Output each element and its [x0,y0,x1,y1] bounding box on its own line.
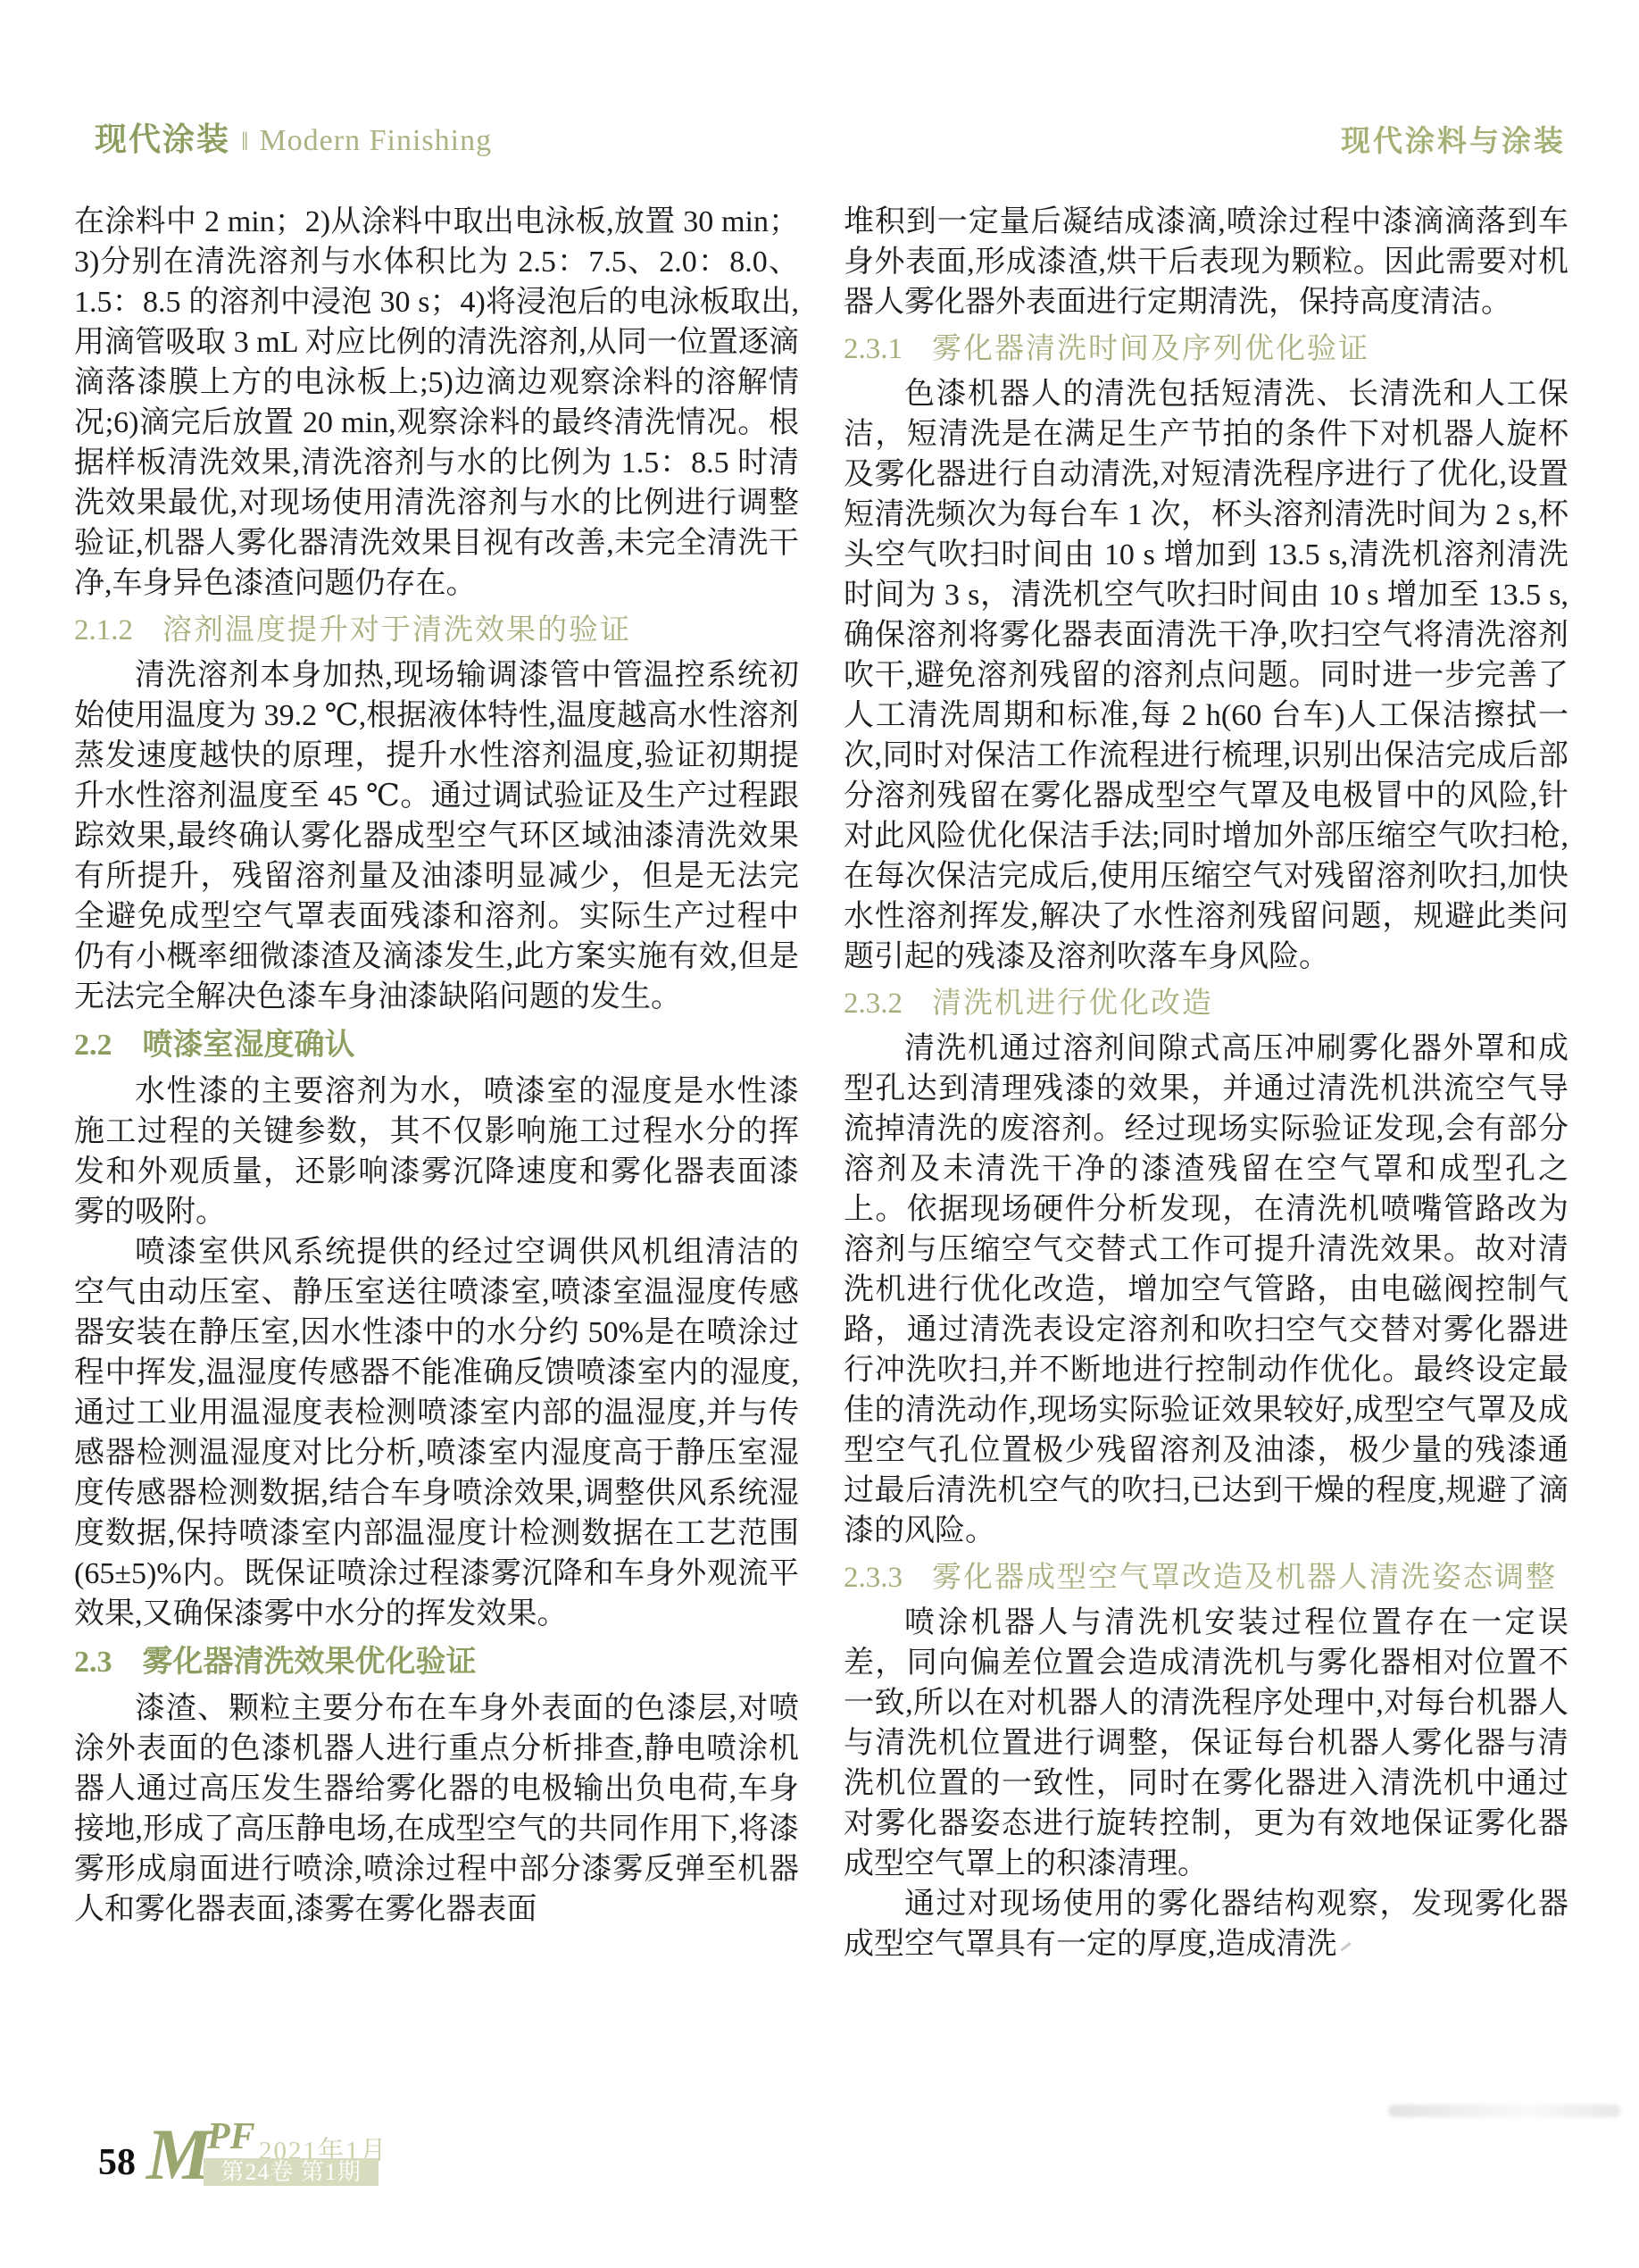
section-heading: 2.3.3雾化器成型空气罩改造及机器人清洗姿态调整 [844,1555,1568,1600]
section-number: 2.3.3 [844,1562,903,1594]
section-heading: 2.2喷漆室湿度确认 [74,1021,799,1069]
section-title: 雾化器成型空气罩改造及机器人清洗姿态调整 [932,1562,1557,1594]
section-title: 雾化器清洗时间及序列优化验证 [932,333,1369,365]
section-title: 溶剂温度提升对于清洗效果的验证 [162,614,631,646]
section-title: 喷漆室湿度确认 [143,1028,355,1062]
paragraph: 在涂料中 2 min；2)从涂料中取出电泳板,放置 30 min；3)分别在清洗… [74,202,799,604]
section-title: 清洗机进行优化改造 [932,988,1213,1020]
masthead-separator: ‖ [241,127,248,157]
mpf-logo-pf: PF [207,2118,255,2155]
section-title: 雾化器清洗效果优化验证 [143,1645,477,1679]
paragraph: 喷漆室供风系统提供的经过空调供风机组清洁的空气由动压室、静压室送往喷漆室,喷漆室… [74,1232,799,1634]
section-running-title: 现代涂料与涂装 [1341,118,1566,160]
section-number: 2.1.2 [74,614,133,646]
section-number: 2.2 [74,1029,112,1062]
section-heading: 2.1.2溶剂温度提升对于清洗效果的验证 [74,608,799,653]
journal-title-en: Modern Finishing [259,124,492,158]
column-left: 在涂料中 2 min；2)从涂料中取出电泳板,放置 30 min；3)分别在清洗… [74,202,799,1964]
section-number: 2.3 [74,1646,112,1679]
section-heading: 2.3.1雾化器清洗时间及序列优化验证 [844,327,1568,371]
volume-issue: 第24卷 第1期 [204,2158,379,2186]
journal-title-zh: 现代涂装 [95,114,230,160]
page-number: 58 [98,2141,136,2184]
page-header: 现代涂装 ‖ Modern Finishing 现代涂料与涂装 [95,114,1566,160]
paragraph: 堆积到一定量后凝结成漆滴,喷涂过程中漆滴滴落到车身外表面,形成漆渣,烘干后表现为… [844,202,1568,322]
paragraph: 色漆机器人的清洗包括短清洗、长清洗和人工保洁，短清洗是在满足生产节拍的条件下对机… [844,374,1568,977]
paragraph: 水性漆的主要溶剂为水，喷漆室的湿度是水性漆施工过程的关键参数，其不仅影响施工过程… [74,1071,799,1232]
section-heading: 2.3雾化器清洗效果优化验证 [74,1638,799,1686]
paragraph: 清洗溶剂本身加热,现场输调漆管中管温控系统初始使用温度为 39.2 ℃,根据液体… [74,655,799,1017]
journal-masthead: 现代涂装 ‖ Modern Finishing [95,114,492,160]
column-right: 堆积到一定量后凝结成漆滴,喷涂过程中漆滴滴落到车身外表面,形成漆渣,烘干后表现为… [844,202,1568,1964]
scan-artifact [1340,1942,1351,1951]
paragraph: 漆渣、颗粒主要分布在车身外表面的色漆层,对喷涂外表面的色漆机器人进行重点分析排查… [74,1688,799,1930]
journal-page: 现代涂装 ‖ Modern Finishing 现代涂料与涂装 在涂料中 2 m… [0,0,1639,2268]
section-number: 2.3.1 [844,333,903,365]
section-number: 2.3.2 [844,988,903,1020]
paragraph: 清洗机通过溶剂间隙式高压冲刷雾化器外罩和成型孔达到清理残漆的效果，并通过清洗机洪… [844,1029,1568,1551]
scan-smudge [1388,2105,1620,2117]
article-body: 在涂料中 2 min；2)从涂料中取出电泳板,放置 30 min；3)分别在清洗… [74,202,1568,1964]
mpf-logo-m: M [146,2118,212,2191]
section-heading: 2.3.2清洗机进行优化改造 [844,981,1568,1026]
paragraph: 通过对现场使用的雾化器结构观察，发现雾化器成型空气罩具有一定的厚度,造成清洗 [844,1884,1568,1964]
paragraph: 喷涂机器人与清洗机安装过程位置存在一定误差，同向偏差位置会造成清洗机与雾化器相对… [844,1603,1568,1884]
